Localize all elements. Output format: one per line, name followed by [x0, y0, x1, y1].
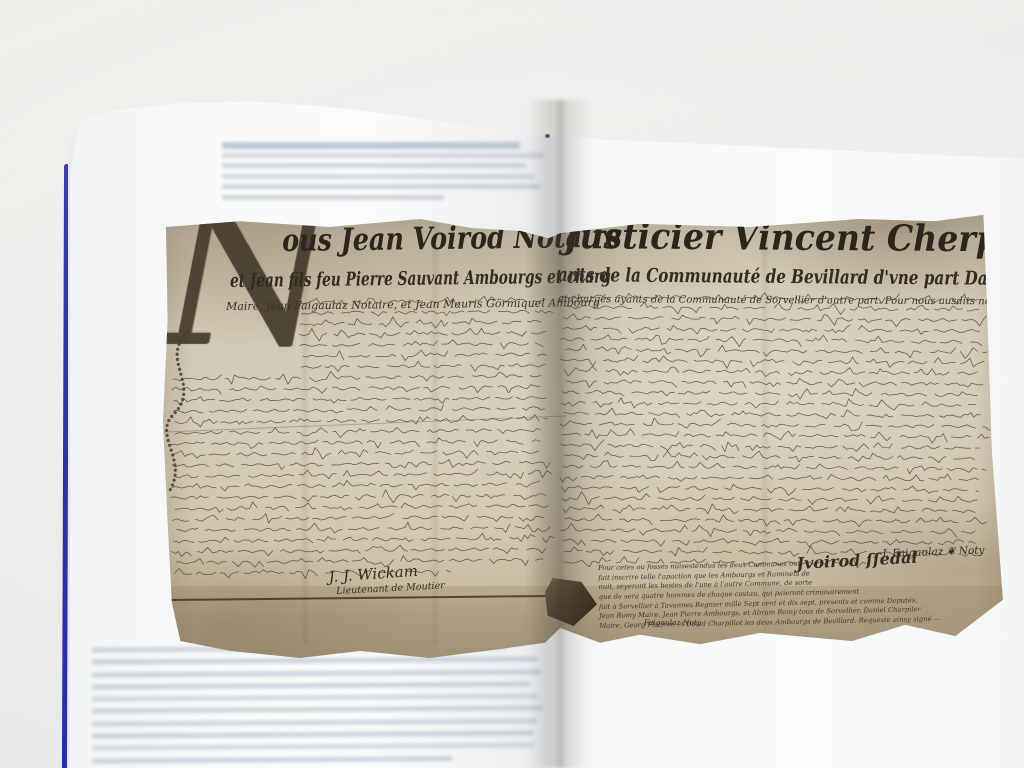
gutter-shadow — [528, 100, 590, 768]
ghost-text-line — [222, 153, 544, 158]
ghost-text-bottom — [92, 644, 545, 768]
ghost-text-top — [222, 142, 546, 212]
ghost-text-line — [222, 195, 444, 200]
manuscript-body-left — [169, 294, 554, 587]
ghost-text-line — [92, 731, 533, 739]
ghost-text-line — [222, 184, 540, 189]
ghost-text-line — [92, 657, 538, 665]
ghost-text-line — [92, 706, 543, 714]
ghost-text-line — [222, 163, 526, 168]
ghost-text-line — [92, 718, 537, 726]
ghost-text-line — [92, 681, 530, 689]
ghost-text-line — [92, 694, 538, 702]
ghost-text-line — [92, 756, 452, 764]
ghost-text-line — [222, 142, 520, 149]
line2-right: ants de la Communauté de Bevillard d'vne… — [558, 266, 1024, 290]
ghost-text-line — [92, 669, 541, 677]
ghost-text-line — [92, 743, 534, 751]
ghost-text-line — [222, 174, 534, 179]
book-photograph: N ous Jean Voirod Notaire Justicier Vinc… — [0, 0, 1024, 768]
manuscript-body-right — [559, 291, 989, 572]
addendum-block: Pour cetes ou fosses nuisestendus les de… — [598, 556, 984, 632]
